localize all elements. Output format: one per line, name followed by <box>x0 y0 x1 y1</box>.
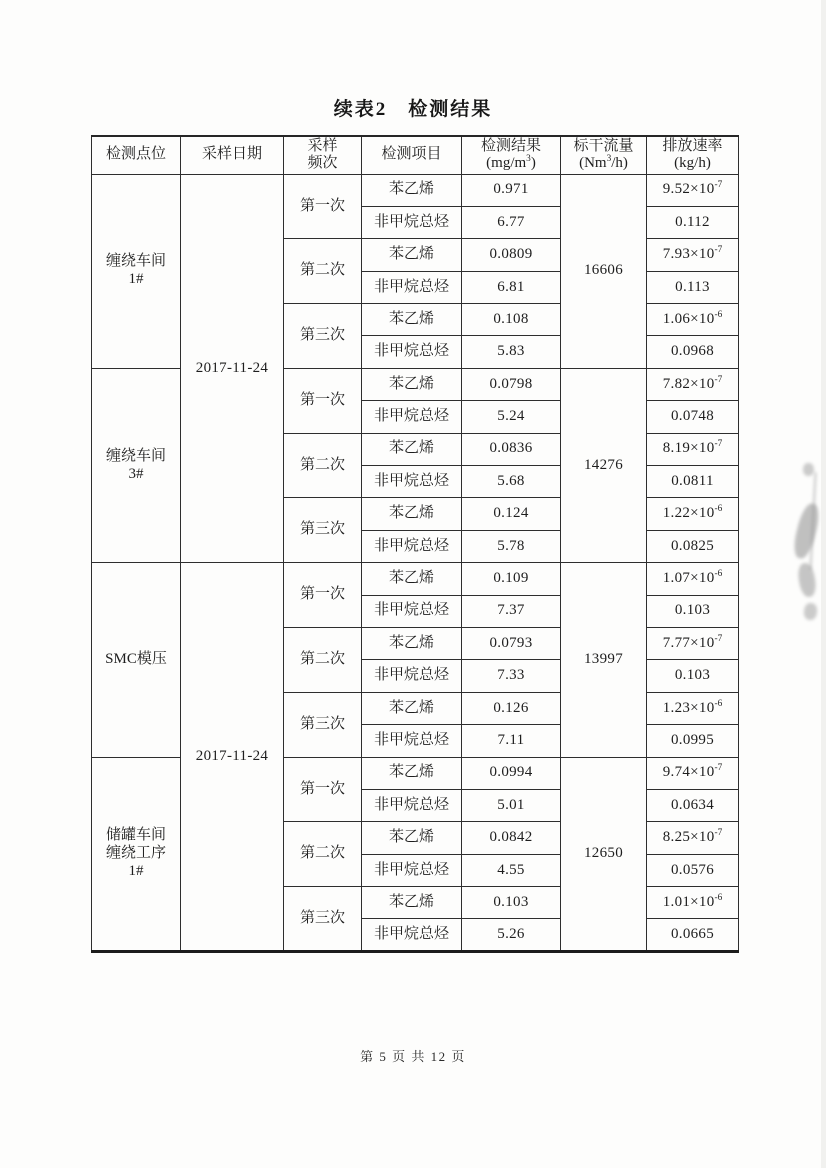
concentration-cell: 0.0793 <box>462 627 561 659</box>
analyte-cell: 苯乙烯 <box>362 563 462 595</box>
concentration-cell: 0.971 <box>462 174 561 206</box>
flow-cell: 12650 <box>561 757 647 951</box>
analyte-cell: 苯乙烯 <box>362 304 462 336</box>
concentration-cell: 0.126 <box>462 692 561 724</box>
analyte-cell: 苯乙烯 <box>362 887 462 919</box>
table-body: 缠绕车间1#2017-11-24第一次苯乙烯0.971166069.52×10-… <box>92 174 739 951</box>
site-cell: 缠绕车间3# <box>92 368 181 562</box>
rate-cell: 1.23×10-6 <box>647 692 739 724</box>
rate-cell: 0.0995 <box>647 725 739 757</box>
frequency-cell: 第三次 <box>284 692 362 757</box>
analyte-cell: 苯乙烯 <box>362 757 462 789</box>
rate-cell: 8.19×10-7 <box>647 433 739 465</box>
analyte-cell: 非甲烷总烃 <box>362 530 462 562</box>
site-cell: 缠绕车间1# <box>92 174 181 368</box>
rate-cell: 0.0576 <box>647 854 739 886</box>
analyte-cell: 苯乙烯 <box>362 627 462 659</box>
frequency-cell: 第二次 <box>284 239 362 304</box>
rate-cell: 1.22×10-6 <box>647 498 739 530</box>
analyte-cell: 非甲烷总烃 <box>362 789 462 821</box>
frequency-cell: 第一次 <box>284 757 362 822</box>
scan-smudge <box>803 463 814 476</box>
rate-cell: 0.103 <box>647 660 739 692</box>
flow-cell: 13997 <box>561 563 647 757</box>
concentration-cell: 7.37 <box>462 595 561 627</box>
frequency-cell: 第一次 <box>284 174 362 239</box>
header-cell: 检测点位 <box>92 136 181 174</box>
analyte-cell: 苯乙烯 <box>362 498 462 530</box>
scan-smudge <box>803 602 818 620</box>
frequency-cell: 第二次 <box>284 433 362 498</box>
analyte-cell: 非甲烷总烃 <box>362 725 462 757</box>
frequency-cell: 第三次 <box>284 887 362 952</box>
concentration-cell: 7.11 <box>462 725 561 757</box>
scan-smudge <box>796 562 817 598</box>
analyte-cell: 苯乙烯 <box>362 368 462 400</box>
rate-cell: 1.07×10-6 <box>647 563 739 595</box>
concentration-cell: 5.24 <box>462 401 561 433</box>
analyte-cell: 非甲烷总烃 <box>362 854 462 886</box>
flow-cell: 16606 <box>561 174 647 368</box>
header-cell: 采样频次 <box>284 136 362 174</box>
concentration-cell: 0.0994 <box>462 757 561 789</box>
analyte-cell: 苯乙烯 <box>362 174 462 206</box>
analyte-cell: 非甲烷总烃 <box>362 206 462 238</box>
rate-cell: 0.103 <box>647 595 739 627</box>
rate-cell: 1.01×10-6 <box>647 887 739 919</box>
rate-cell: 9.74×10-7 <box>647 757 739 789</box>
rate-cell: 0.112 <box>647 206 739 238</box>
frequency-cell: 第三次 <box>284 304 362 369</box>
rate-cell: 0.0968 <box>647 336 739 368</box>
rate-cell: 8.25×10-7 <box>647 822 739 854</box>
table-row: SMC模压2017-11-24第一次苯乙烯0.109139971.07×10-6 <box>92 563 739 595</box>
concentration-cell: 5.83 <box>462 336 561 368</box>
frequency-cell: 第三次 <box>284 498 362 563</box>
analyte-cell: 非甲烷总烃 <box>362 401 462 433</box>
concentration-cell: 0.124 <box>462 498 561 530</box>
rate-cell: 7.93×10-7 <box>647 239 739 271</box>
rate-cell: 0.0665 <box>647 919 739 951</box>
rate-cell: 0.0811 <box>647 466 739 498</box>
header-cell: 标干流量(Nm3/h) <box>561 136 647 174</box>
results-table: 检测点位采样日期采样频次检测项目检测结果(mg/m3)标干流量(Nm3/h)排放… <box>91 135 739 953</box>
concentration-cell: 5.26 <box>462 919 561 951</box>
concentration-cell: 4.55 <box>462 854 561 886</box>
header-row: 检测点位采样日期采样频次检测项目检测结果(mg/m3)标干流量(Nm3/h)排放… <box>92 136 739 174</box>
concentration-cell: 0.0809 <box>462 239 561 271</box>
concentration-cell: 0.103 <box>462 887 561 919</box>
rate-cell: 0.0634 <box>647 789 739 821</box>
rate-cell: 7.82×10-7 <box>647 368 739 400</box>
analyte-cell: 苯乙烯 <box>362 822 462 854</box>
date-cell: 2017-11-24 <box>181 174 284 563</box>
analyte-cell: 非甲烷总烃 <box>362 660 462 692</box>
concentration-cell: 0.0836 <box>462 433 561 465</box>
rate-cell: 0.0748 <box>647 401 739 433</box>
concentration-cell: 5.78 <box>462 530 561 562</box>
analyte-cell: 非甲烷总烃 <box>362 271 462 303</box>
scan-edge-shadow <box>821 0 826 1168</box>
analyte-cell: 非甲烷总烃 <box>362 466 462 498</box>
page-title: 续表2 检测结果 <box>0 94 826 121</box>
header-cell: 检测项目 <box>362 136 462 174</box>
frequency-cell: 第二次 <box>284 822 362 887</box>
concentration-cell: 0.0798 <box>462 368 561 400</box>
rate-cell: 7.77×10-7 <box>647 627 739 659</box>
concentration-cell: 6.77 <box>462 206 561 238</box>
analyte-cell: 非甲烷总烃 <box>362 336 462 368</box>
document-page: 续表2 检测结果 检测点位采样日期采样频次检测项目检测结果(mg/m3)标干流量… <box>0 0 826 1168</box>
date-cell: 2017-11-24 <box>181 563 284 952</box>
concentration-cell: 5.01 <box>462 789 561 821</box>
concentration-cell: 7.33 <box>462 660 561 692</box>
site-cell: SMC模压 <box>92 563 181 757</box>
concentration-cell: 6.81 <box>462 271 561 303</box>
analyte-cell: 非甲烷总烃 <box>362 595 462 627</box>
analyte-cell: 苯乙烯 <box>362 239 462 271</box>
concentration-cell: 5.68 <box>462 466 561 498</box>
frequency-cell: 第一次 <box>284 368 362 433</box>
table-row: 缠绕车间1#2017-11-24第一次苯乙烯0.971166069.52×10-… <box>92 174 739 206</box>
flow-cell: 14276 <box>561 368 647 562</box>
frequency-cell: 第一次 <box>284 563 362 628</box>
scan-smudge <box>791 502 823 561</box>
analyte-cell: 苯乙烯 <box>362 692 462 724</box>
header-cell: 采样日期 <box>181 136 284 174</box>
header-cell: 检测结果(mg/m3) <box>462 136 561 174</box>
concentration-cell: 0.109 <box>462 563 561 595</box>
rate-cell: 0.0825 <box>647 530 739 562</box>
table-header: 检测点位采样日期采样频次检测项目检测结果(mg/m3)标干流量(Nm3/h)排放… <box>92 136 739 174</box>
rate-cell: 1.06×10-6 <box>647 304 739 336</box>
frequency-cell: 第二次 <box>284 627 362 692</box>
concentration-cell: 0.0842 <box>462 822 561 854</box>
site-cell: 储罐车间缠绕工序1# <box>92 757 181 951</box>
rate-cell: 9.52×10-7 <box>647 174 739 206</box>
analyte-cell: 苯乙烯 <box>362 433 462 465</box>
concentration-cell: 0.108 <box>462 304 561 336</box>
header-cell: 排放速率(kg/h) <box>647 136 739 174</box>
page-footer: 第 5 页 共 12 页 <box>0 1046 826 1065</box>
rate-cell: 0.113 <box>647 271 739 303</box>
analyte-cell: 非甲烷总烃 <box>362 919 462 951</box>
